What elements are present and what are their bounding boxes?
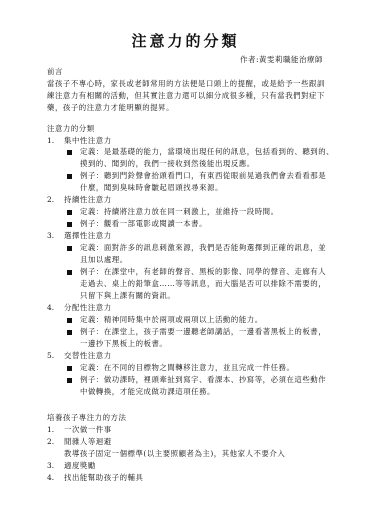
page-title: 注意力的分類 — [0, 30, 371, 51]
list-number: 1. — [47, 136, 54, 146]
bullet-icon — [67, 330, 72, 335]
list-number: 4. — [47, 473, 54, 483]
bullet-icon — [67, 174, 72, 179]
bullet-text: 例子：在課堂中，有老師的聲音、黑板的影像、同學的聲音、走廊有人 — [80, 267, 326, 277]
bullet-text: 例子：聽到門鈴聲會抬頭看門口，有東西從眼前晃過我們會去看看那是 — [80, 171, 326, 181]
bullet-text: 例子：在課堂上，孩子需要一邊聽老師講話，一邊看著黑板上的板書， — [80, 327, 326, 337]
list-number: 5. — [47, 351, 54, 361]
list-number: 3. — [47, 461, 54, 471]
document-page: 注意力的分類 作者:黃雯莉職能治療師 前言 當孩子不專心時，家長或老師常用的方法… — [0, 0, 371, 521]
bullet-text: 定義：持續將注意力放在同一刺激上，並維持一段時間。 — [80, 207, 279, 217]
list-number: 2. — [47, 195, 54, 205]
list-number: 1. — [47, 425, 54, 435]
bullet-icon — [67, 318, 72, 323]
bullet-text: 只留下與上課有關的資訊。 — [80, 291, 175, 301]
bullet-text: 定義：在不同的目標物之間轉移注意力，並且完成一件任務。 — [80, 363, 294, 373]
section-heading: 注意力的分類 — [47, 124, 95, 134]
list-item-label: 交替性注意力 — [64, 351, 112, 361]
bullet-text: 中做轉換，才能完成做功課這項任務。 — [80, 387, 215, 397]
list-item-label: 集中性注意力 — [64, 136, 112, 146]
section-heading: 培養孩子專注力的方法 — [47, 413, 126, 423]
bullet-text: 定義：精神同時集中於兩項或兩項以上活動的能力。 — [80, 315, 263, 325]
bullet-icon — [67, 270, 72, 275]
preface-line: 當孩子不專心時，家長或老師常用的方法便是口頭上的提醒，或是給予一些跟訓 — [47, 79, 325, 89]
bullet-text: 且加以處理。 — [80, 255, 128, 265]
list-item-label: 分配性注意力 — [64, 303, 112, 313]
bullet-icon — [67, 150, 72, 155]
author-line: 作者:黃雯莉職能治療師 — [240, 54, 323, 65]
list-item-label: 找出能幫助孩子的輔具 — [64, 473, 143, 483]
list-item-label: 適度獎勵 — [64, 461, 96, 471]
bullet-text: 什麼，聞到臭味時會皺起眉頭找尋來源。 — [80, 183, 223, 193]
list-item-label: 閒雜人等迴避 — [64, 437, 112, 447]
list-number: 4. — [47, 303, 54, 313]
list-item-label: 持續性注意力 — [64, 195, 112, 205]
list-item-note: 教導孩子固定一個標準(以主要照顧者為主)，其他家人不要介入 — [64, 449, 285, 459]
bullet-text: 一邊抄下黑板上的板書。 — [80, 339, 167, 349]
list-number: 2. — [47, 437, 54, 447]
bullet-text: 走過去、桌上的鉛筆盒……等等訊息，而大腦是否可以排除不需要的， — [80, 279, 326, 289]
list-item-label: 一次做一件事 — [64, 425, 112, 435]
bullet-icon — [67, 378, 72, 383]
bullet-text: 例子：做功課時，裡頭牽扯到寫字、看課本、抄寫等，必須在這些動作 — [80, 375, 326, 385]
preface-line: 練注意力有相關的活動，但其實注意力還可以細分成很多種，只有當我們對症下 — [47, 91, 325, 101]
bullet-icon — [67, 210, 72, 215]
bullet-text: 定義：面對許多的訊息刺激來源，我們是否能夠選擇到正確的訊息，並 — [80, 243, 326, 253]
list-item-label: 選擇性注意力 — [64, 231, 112, 241]
bullet-text: 定義：是最基礎的能力，當環境出現任何的訊息，包括看到的、聽到的、 — [80, 147, 334, 157]
list-number: 3. — [47, 231, 54, 241]
bullet-icon — [67, 366, 72, 371]
bullet-text: 例子：觀看一部電影或閱讀一本書。 — [80, 219, 207, 229]
bullet-text: 摸到的、聞到的，我們一接收到然後能出現反應。 — [80, 159, 255, 169]
bullet-icon — [67, 246, 72, 251]
preface-heading: 前言 — [47, 67, 63, 77]
bullet-icon — [67, 222, 72, 227]
preface-line: 藥，孩子的注意力才能明顯的提昇。 — [47, 103, 174, 113]
